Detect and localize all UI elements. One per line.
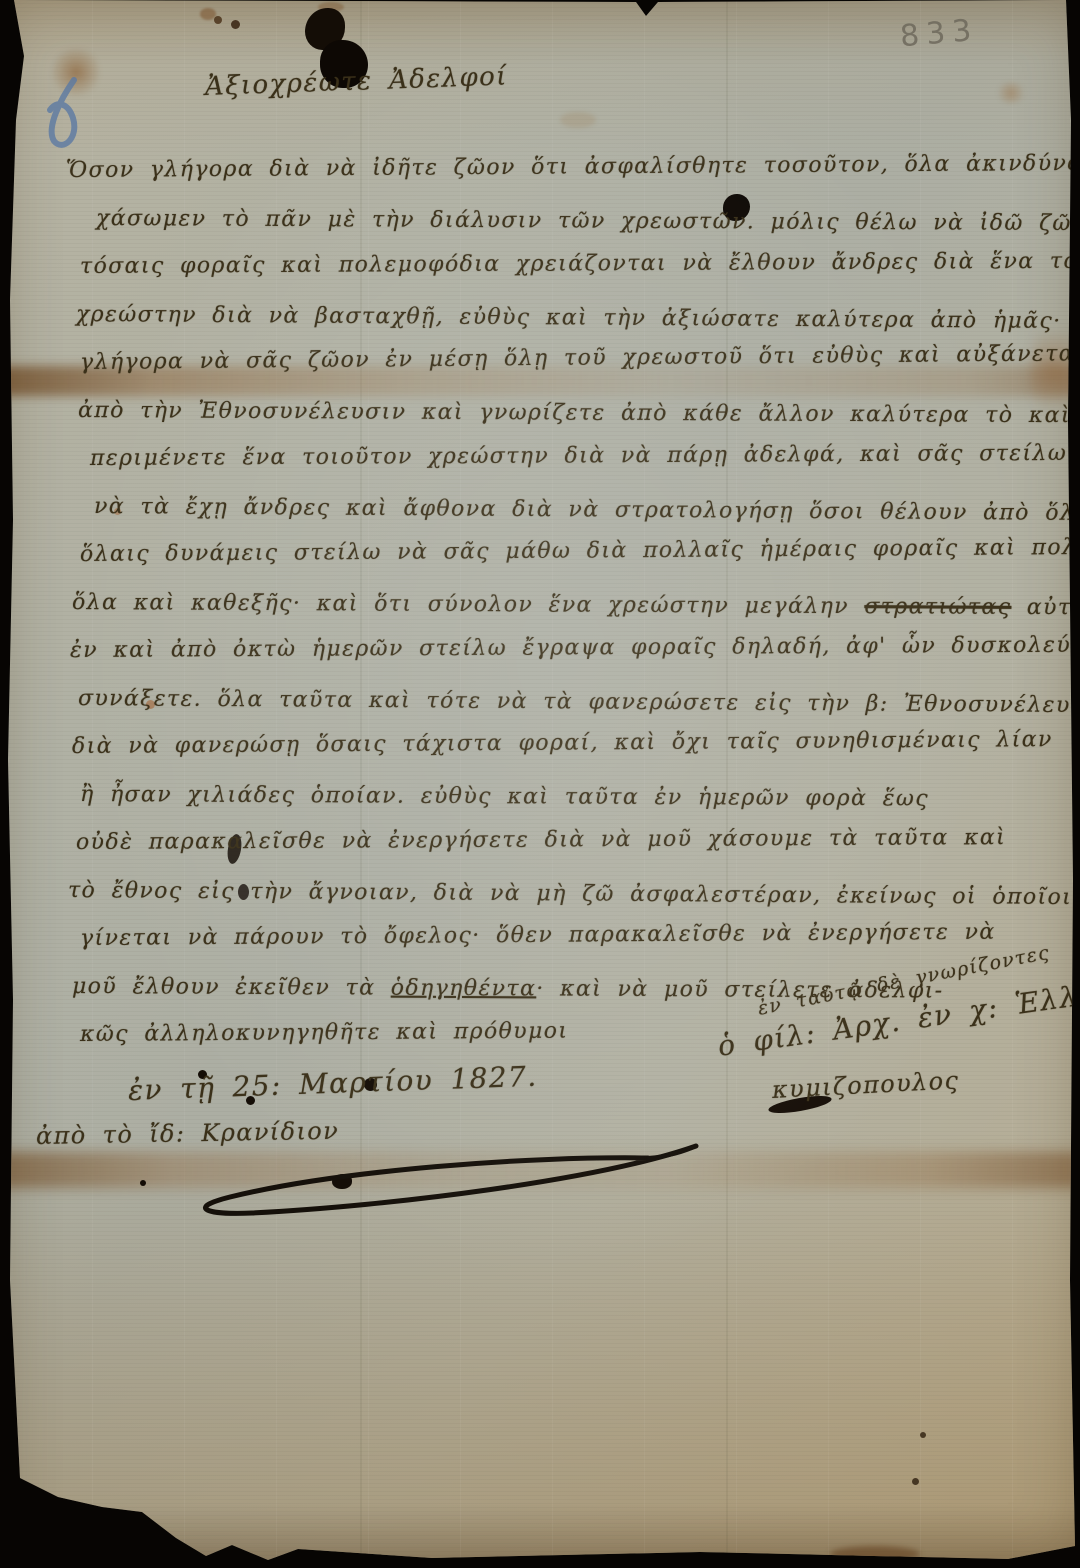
line-text: αὐτὸ xyxy=(1011,595,1080,620)
date-line: ἐν τῇ 25: Μαρτίου 1827. xyxy=(127,1060,538,1107)
handwritten-line: τὸ ἔθνος εἰς τὴν ἄγνοιαν, διὰ νὰ μὴ ζῶ ἀ… xyxy=(68,878,1072,910)
handwritten-line: περιμένετε ἕνα τοιοῦτον χρεώστην διὰ νὰ … xyxy=(90,441,1067,471)
salutation: Ἀξιοχρέωτε Ἀδελφοί xyxy=(204,61,508,102)
paper-sheet: 833 Ἀξιοχρέωτε Ἀδελφοί Ὅσον γλήγορα διὰ … xyxy=(0,0,1080,1568)
line-text: ὅλα καὶ καθεξῆς· καὶ ὅτι σύνολον ἕνα χρε… xyxy=(72,590,864,619)
handwritten-line: ὅλαις δυνάμεις στείλω νὰ σᾶς μάθω διὰ πο… xyxy=(80,534,1080,567)
ink-stain xyxy=(560,112,596,128)
ink-stain xyxy=(231,20,240,29)
ink-stain xyxy=(52,46,100,98)
handwritten-line: ἐν καὶ ἀπὸ ὀκτὼ ἡμερῶν στείλω ἔγραψα φορ… xyxy=(70,632,1080,663)
ink-stain xyxy=(200,8,216,20)
blue-pencil-mark xyxy=(50,80,74,145)
signature-name: κυμιζοπουλος xyxy=(771,1066,960,1104)
handwritten-line: ὅλα καὶ καθεξῆς· καὶ ὅτι σύνολον ἕνα χρε… xyxy=(72,590,1080,620)
line-text: μοῦ ἔλθουν ἐκεῖθεν τὰ xyxy=(72,974,391,1001)
handwritten-line: ἢ ἦσαν χιλιάδες ὁποίαν. εὐθὺς καὶ ταῦτα … xyxy=(80,782,929,811)
underlined-word: ὁδηγηθέντα xyxy=(391,976,537,1002)
ink-stain xyxy=(318,2,344,12)
handwritten-line: ἀπὸ τὴν Ἐθνοσυνέλευσιν καὶ γνωρίζετε ἀπὸ… xyxy=(78,398,1080,429)
handwritten-line: χάσωμεν τὸ πᾶν μὲ τὴν διάλυσιν τῶν χρεωσ… xyxy=(96,206,1080,236)
handwritten-line: Ὅσον γλήγορα διὰ νὰ ἰδῆτε ζῶον ὅτι ἀσφαλ… xyxy=(66,150,1080,183)
horizontal-fold-stain xyxy=(0,1152,1080,1188)
handwritten-line: διὰ νὰ φανερώσῃ ὅσαις τάχιστα φοραί, καὶ… xyxy=(72,727,1053,759)
handwritten-line: τόσαις φοραῖς καὶ πολεμοφόδια χρειάζοντα… xyxy=(80,248,1080,279)
place-line: ἀπὸ τὸ ἴδ: Κρανίδιον xyxy=(36,1117,340,1150)
handwritten-line: νὰ τὰ ἔχῃ ἄνδρες καὶ ἄφθονα διὰ νὰ στρατ… xyxy=(94,494,1080,526)
scanned-letter-page: 833 Ἀξιοχρέωτε Ἀδελφοί Ὅσον γλήγορα διὰ … xyxy=(0,0,1080,1568)
handwritten-line: κῶς ἀλληλοκυνηγηθῆτε καὶ πρόθυμοι xyxy=(80,1019,569,1047)
handwritten-line: συνάξετε. ὅλα ταῦτα καὶ τότε νὰ τὰ φανερ… xyxy=(78,686,1080,718)
ink-stain xyxy=(912,1478,919,1485)
struck-word: στρατιώτας xyxy=(864,594,1011,620)
ink-stain xyxy=(214,16,222,24)
handwritten-line: γίνεται νὰ πάρουν τὸ ὄφελος· ὅθεν παρακα… xyxy=(80,920,996,951)
ink-stain xyxy=(830,1546,920,1562)
vertical-crease xyxy=(726,0,728,1568)
handwritten-line: χρεώστην διὰ νὰ βασταχθῇ, εὐθὺς καὶ τὴν … xyxy=(76,302,1080,334)
ink-stain xyxy=(996,82,1026,104)
ink-blot xyxy=(305,8,345,50)
archive-number: 833 xyxy=(899,13,980,55)
handwritten-line: οὐδὲ παρακαλεῖσθε νὰ ἐνεργήσετε διὰ νὰ μ… xyxy=(76,825,1006,855)
ink-stain xyxy=(920,1432,926,1438)
